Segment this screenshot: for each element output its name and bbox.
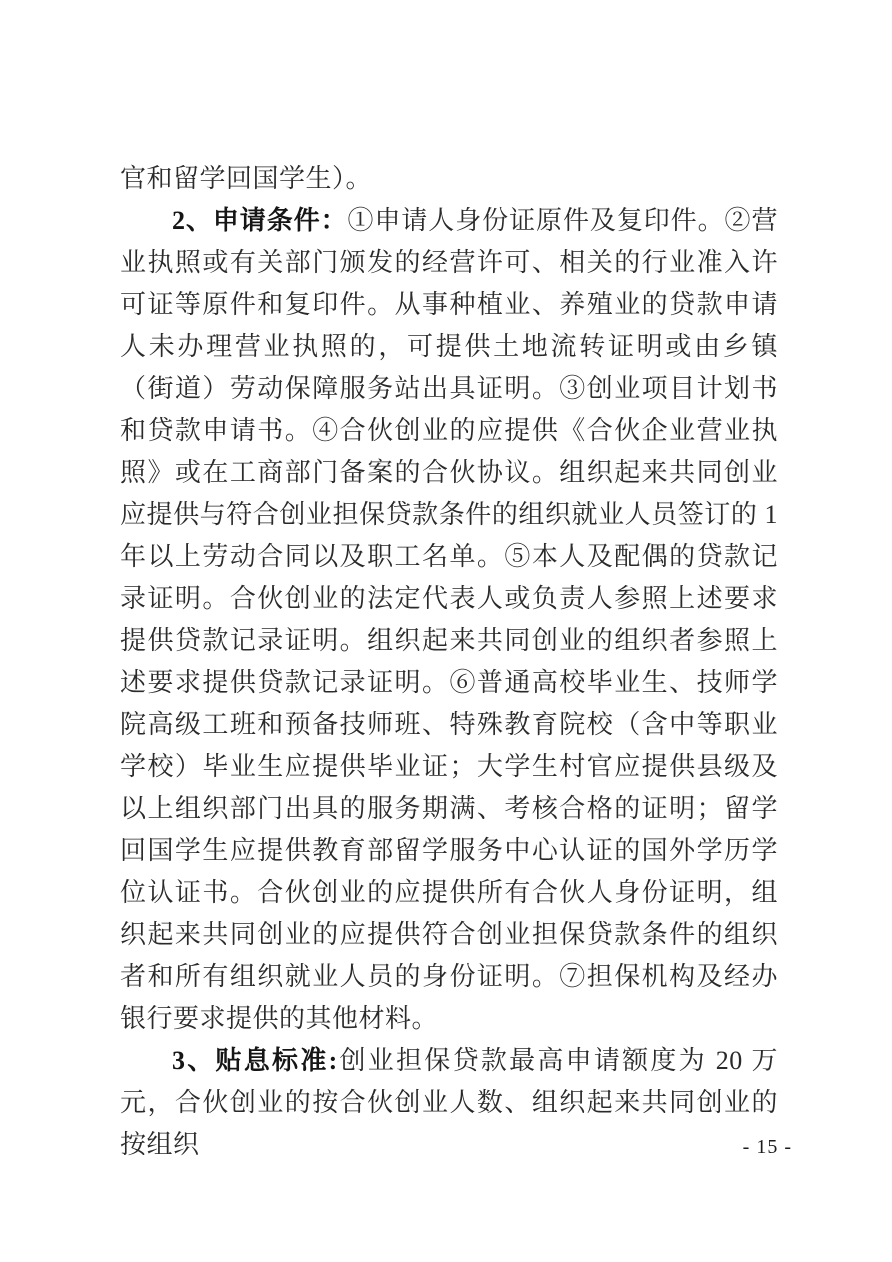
paragraph-text: 官和留学回国学生）。 bbox=[120, 164, 372, 193]
paragraph: 2、申请条件：①申请人身份证原件及复印件。②营业执照或有关部门颁发的经营许可、相… bbox=[120, 200, 778, 1040]
paragraph: 官和留学回国学生）。 bbox=[120, 158, 778, 200]
document-body: 官和留学回国学生）。 2、申请条件：①申请人身份证原件及复印件。②营业执照或有关… bbox=[120, 158, 778, 1166]
paragraph-lead: 3、贴息标准: bbox=[172, 1046, 338, 1075]
paragraph-text: ①申请人身份证原件及复印件。②营业执照或有关部门颁发的经营许可、相关的行业准入许… bbox=[120, 206, 778, 1033]
page-number: - 15 - bbox=[743, 1136, 792, 1159]
paragraph: 3、贴息标准:创业担保贷款最高申请额度为 20 万元，合伙创业的按合伙创业人数、… bbox=[120, 1040, 778, 1166]
document-page: 官和留学回国学生）。 2、申请条件：①申请人身份证原件及复印件。②营业执照或有关… bbox=[0, 0, 892, 1262]
paragraph-lead: 2、申请条件： bbox=[172, 206, 348, 235]
